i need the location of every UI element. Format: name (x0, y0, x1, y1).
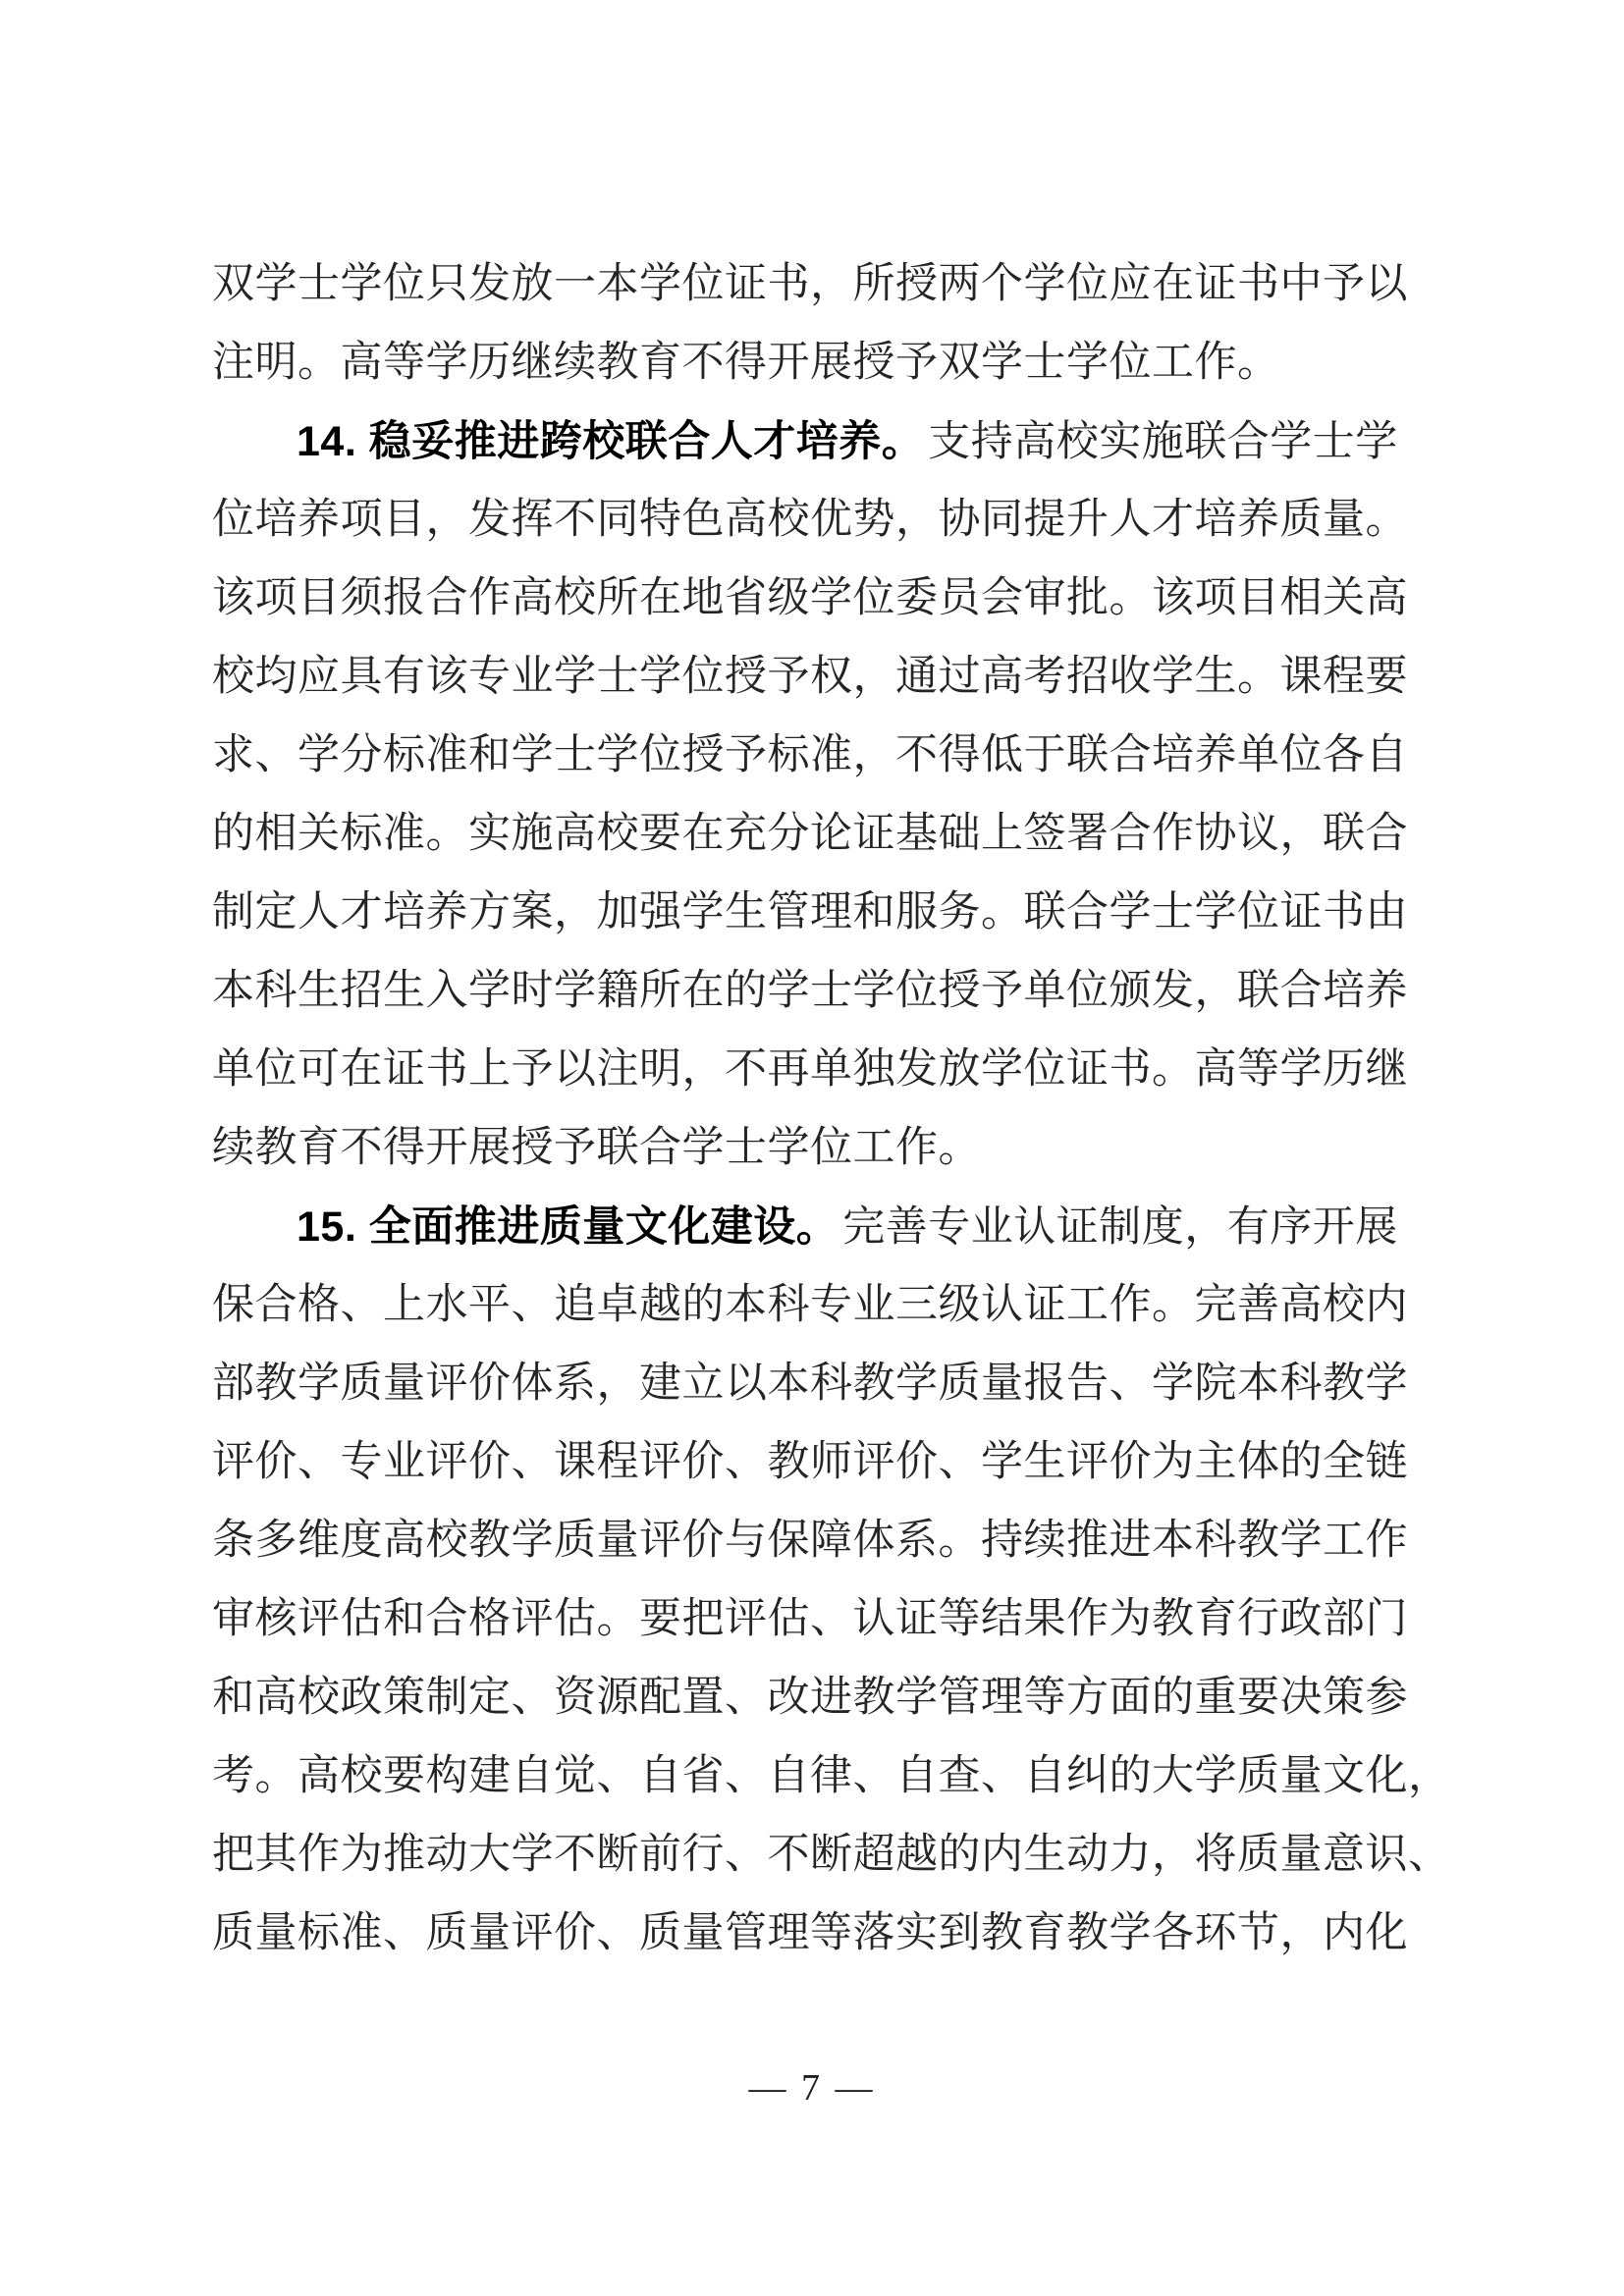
document-body: 双学士学位只发放一本学位证书，所授两个学位应在证书中予以 注明。高等学历继续教育… (212, 245, 1469, 1973)
text-line: 审核评估和合格评估。要把评估、认证等结果作为教育行政部门 (212, 1580, 1469, 1659)
text-line: 续教育不得开展授予联合学士学位工作。 (212, 1109, 1469, 1188)
text-line: 条多维度高校教学质量评价与保障体系。持续推进本科教学工作 (212, 1502, 1469, 1580)
text-line: 单位可在证书上予以注明，不再单独发放学位证书。高等学历继 (212, 1031, 1469, 1109)
text-run: 完善专业认证制度，有序开展 (842, 1204, 1398, 1251)
item-15-heading: 15. 全面推进质量文化建设。 (297, 1203, 839, 1251)
text-line: 和高校政策制定、资源配置、改进教学管理等方面的重要决策参 (212, 1659, 1469, 1737)
text-line: 考。高校要构建自觉、自省、自律、自查、自纠的大学质量文化， (212, 1737, 1469, 1816)
text-line: 本科生招生入学时学籍所在的学士学位授予单位颁发，联合培养 (212, 952, 1469, 1031)
text-line: 位培养项目，发挥不同特色高校优势，协同提升人才培养质量。 (212, 481, 1469, 560)
text-line: 部教学质量评价体系，建立以本科教学质量报告、学院本科教学 (212, 1345, 1469, 1423)
text-run: 支持高校实施联合学士学 (928, 419, 1398, 465)
document-page: 双学士学位只发放一本学位证书，所授两个学位应在证书中予以 注明。高等学历继续教育… (0, 0, 1624, 2296)
item-14-heading: 14. 稳妥推进跨校联合人才培养。 (297, 418, 924, 465)
text-line: 评价、专业评价、课程评价、教师评价、学生评价为主体的全链 (212, 1423, 1469, 1502)
text-line: 校均应具有该专业学士学位授予权，通过高考招收学生。课程要 (212, 638, 1469, 717)
text-line: 求、学分标准和学士学位授予标准，不得低于联合培养单位各自 (212, 717, 1469, 795)
text-line: 15. 全面推进质量文化建设。完善专业认证制度，有序开展 (212, 1188, 1469, 1266)
text-line: 该项目须报合作高校所在地省级学位委员会审批。该项目相关高 (212, 560, 1469, 638)
text-line: 的相关标准。实施高校要在充分论证基础上签署合作协议，联合 (212, 795, 1469, 874)
text-line: 14. 稳妥推进跨校联合人才培养。支持高校实施联合学士学 (212, 402, 1469, 481)
text-line: 保合格、上水平、追卓越的本科专业三级认证工作。完善高校内 (212, 1266, 1469, 1345)
text-line: 把其作为推动大学不断前行、不断超越的内生动力，将质量意识、 (212, 1816, 1469, 1895)
text-line: 质量标准、质量评价、质量管理等落实到教育教学各环节，内化 (212, 1895, 1469, 1973)
text-line: 双学士学位只发放一本学位证书，所授两个学位应在证书中予以 (212, 245, 1469, 324)
page-number: — 7 — (0, 2065, 1624, 2110)
text-line: 制定人才培养方案，加强学生管理和服务。联合学士学位证书由 (212, 874, 1469, 952)
text-line: 注明。高等学历继续教育不得开展授予双学士学位工作。 (212, 324, 1469, 402)
